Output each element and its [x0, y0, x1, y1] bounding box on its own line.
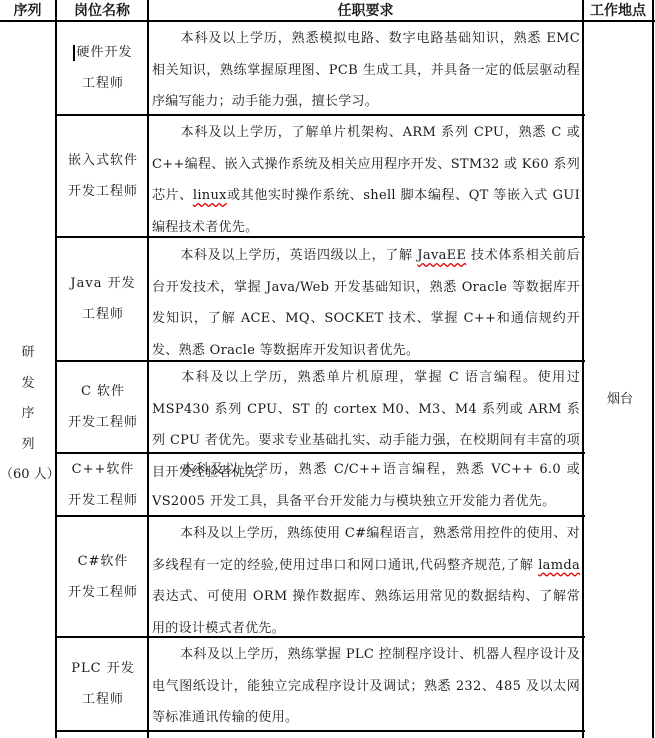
position-name: 硬件开发 工程师 — [58, 22, 148, 114]
requirement-text: 本科及以上学历，熟悉 C/C++语言编程，熟悉 VC++ 6.0 或 VS200… — [152, 454, 580, 517]
header-seq: 序列 — [0, 2, 55, 20]
requirement-text: 本科及以上学历，熟悉模拟电路、数字电路基础知识，熟悉 EMC 相关知识，熟练掌握… — [152, 23, 580, 118]
requirement-text: 本科及以上学历，熟练使用 C#编程语言，熟悉常用控件的使用、对多线程有一定的经验… — [152, 518, 580, 644]
requirement-text: 本科及以上学历，英语四级以上，了解 JavaEE 技术体系相关前后台开发技术，掌… — [152, 240, 580, 366]
location-value: 烟台 — [585, 388, 655, 407]
requirement-text: 本科及以上学历，熟练掌握 PLC 控制程序设计、机器人程序设计及电气图纸设计，能… — [152, 639, 580, 734]
group-label-count: （60 人） — [0, 460, 56, 491]
col-border — [582, 0, 584, 738]
group-label-char: 序 — [0, 399, 56, 430]
col-border — [652, 0, 654, 738]
group-label-char: 研 — [0, 338, 56, 369]
header-location: 工作地点 — [584, 2, 652, 20]
position-name: C#软件 开发工程师 — [58, 517, 148, 636]
spellcheck-word: linux — [193, 188, 227, 203]
header-requirements: 任职要求 — [149, 2, 582, 20]
position-name: PLC 开发 工程师 — [58, 638, 148, 730]
header-position: 岗位名称 — [57, 2, 147, 20]
position-name: C++软件 开发工程师 — [58, 454, 148, 515]
group-label: 研 发 序 列 （60 人） — [0, 338, 56, 491]
position-name: C 软件 开发工程师 — [58, 362, 148, 452]
group-label-char: 列 — [0, 430, 56, 461]
position-name: 嵌入式软件 开发工程师 — [58, 116, 148, 236]
spellcheck-word: lamda — [538, 558, 580, 573]
group-label-char: 发 — [0, 369, 56, 400]
requirement-text: 本科及以上学历，了解单片机架构、ARM 系列 CPU，熟悉 C 或 C++编程、… — [152, 117, 580, 243]
spellcheck-word: JavaEE — [417, 248, 466, 263]
position-name: Java 开发 工程师 — [58, 238, 148, 360]
